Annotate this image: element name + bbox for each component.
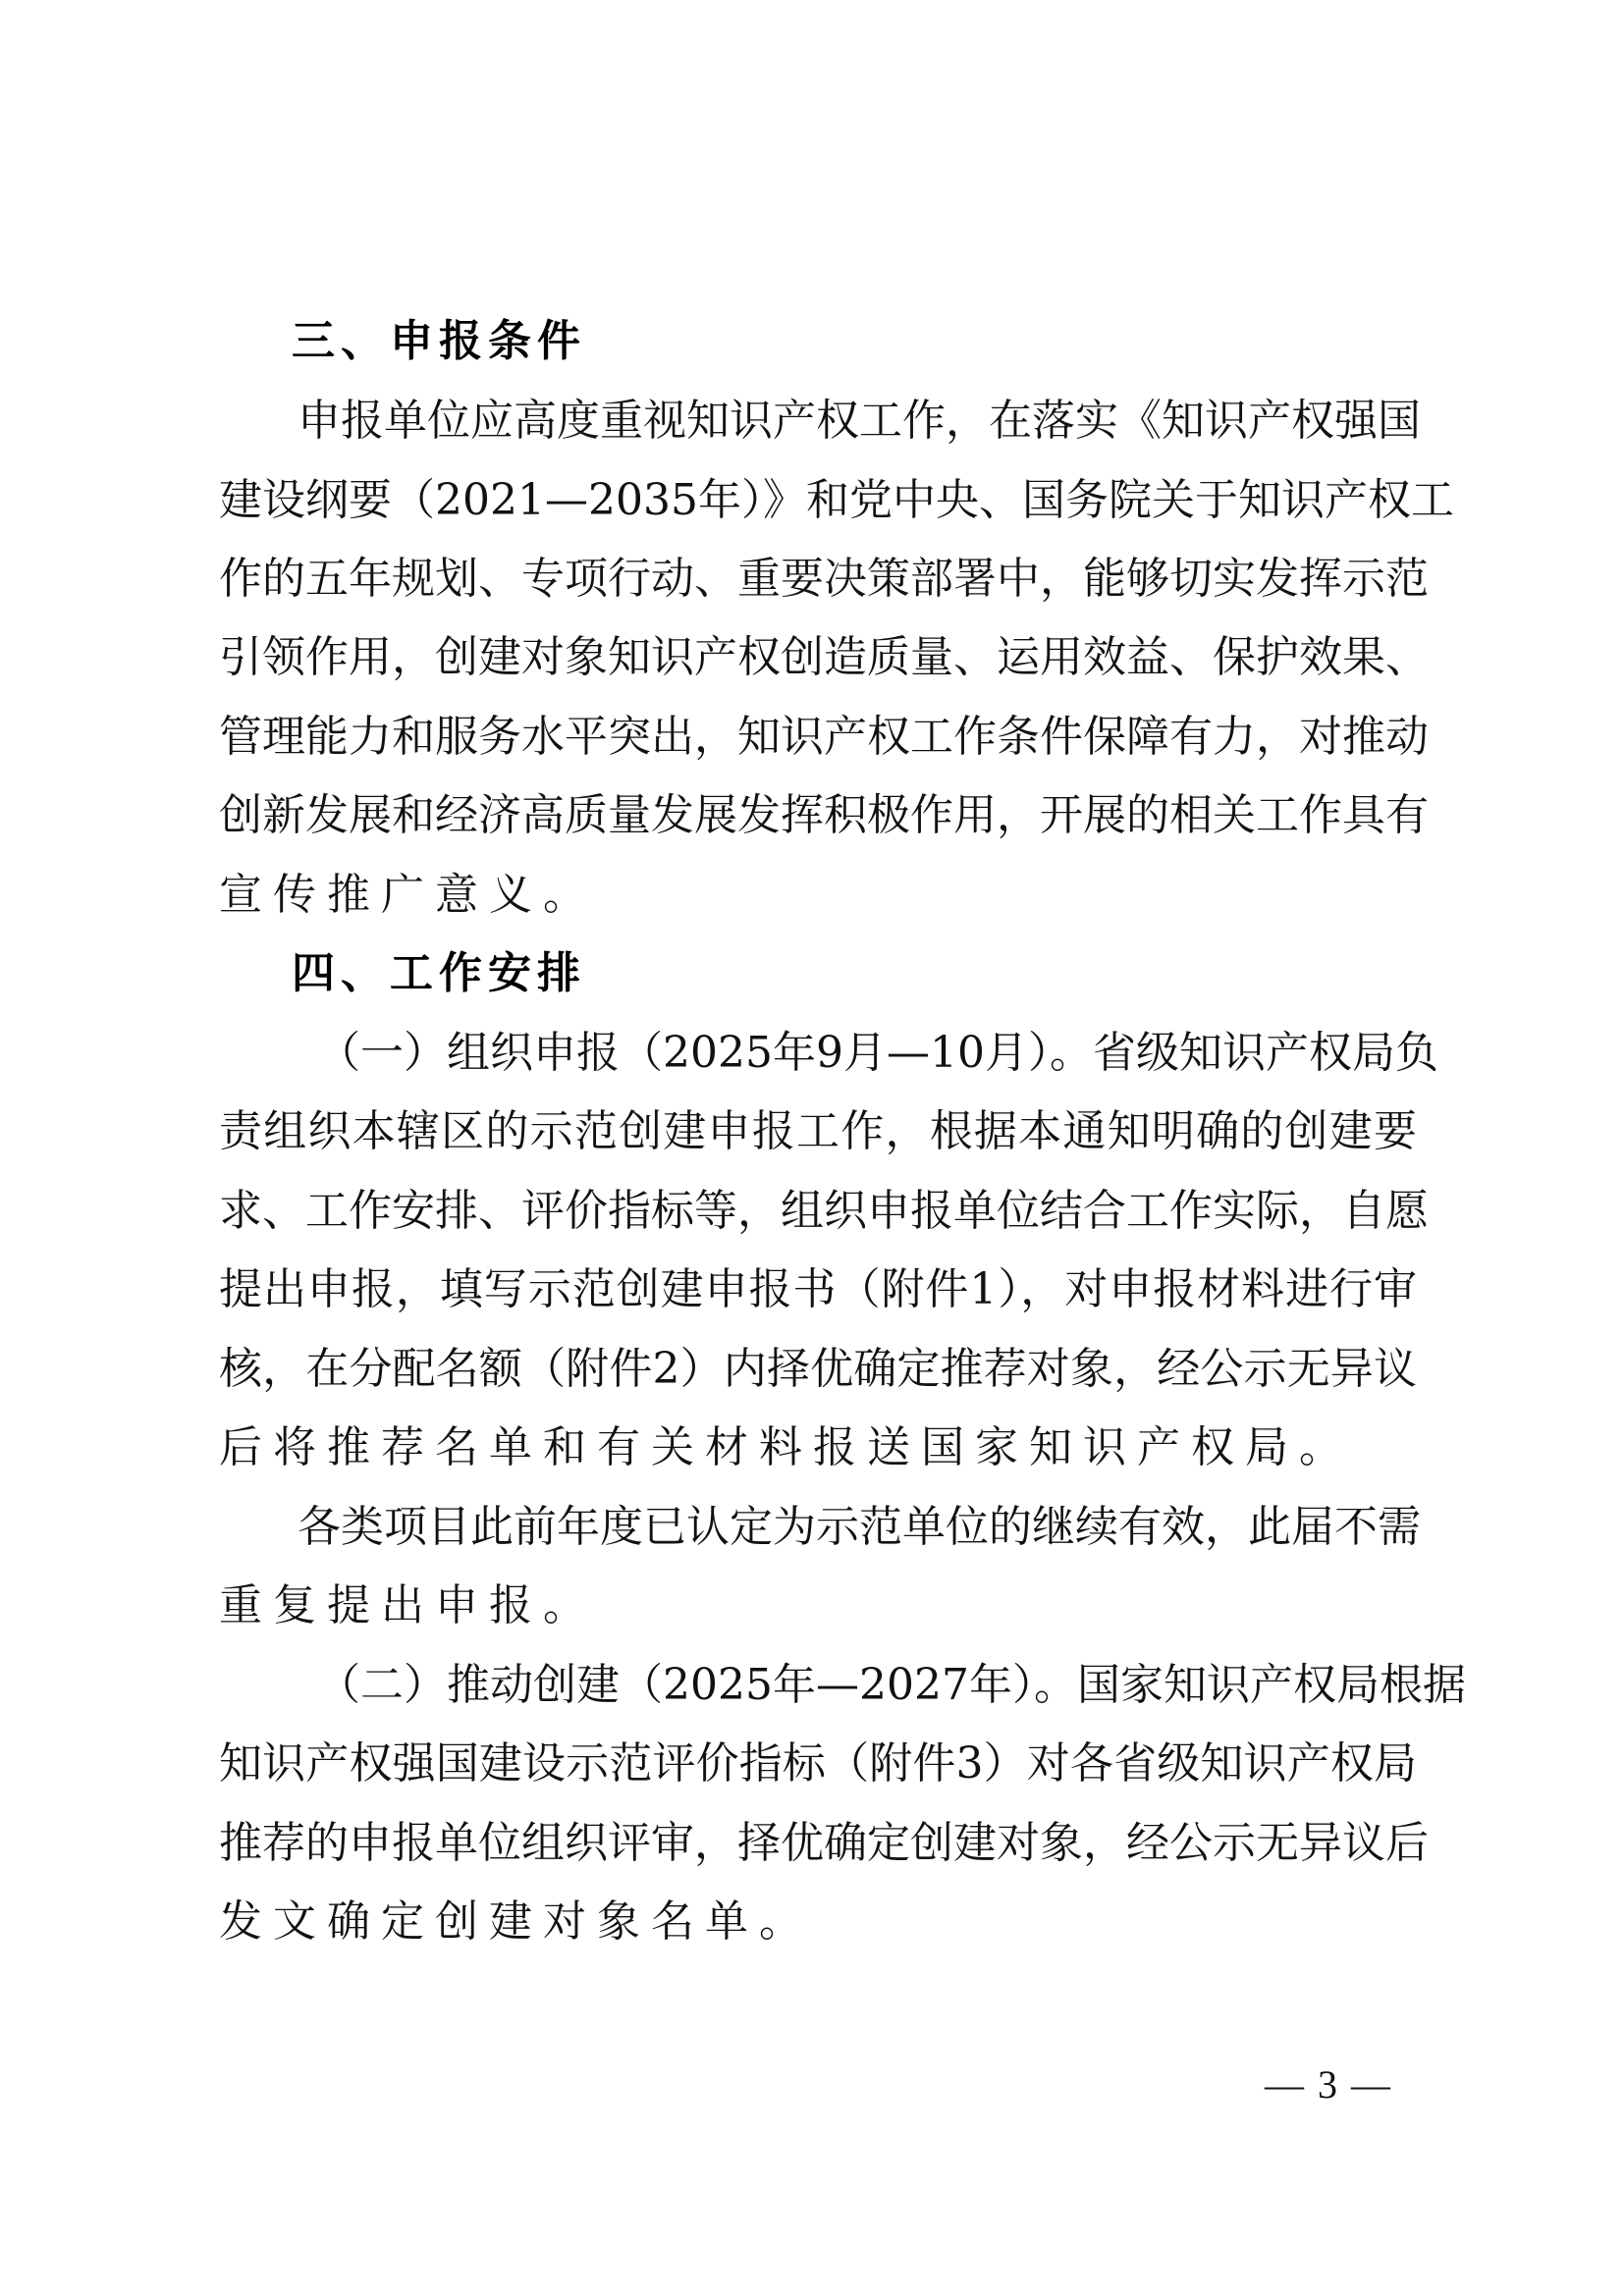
paragraph-line: 引领作用，创建对象知识产权创造质量、运用效益、保护效果、 (219, 618, 1417, 697)
paragraph-line: 管理能力和服务水平突出，知识产权工作条件保障有力，对推动 (219, 698, 1417, 776)
paragraph-line: 责组织本辖区的示范创建申报工作，根据本通知明确的创建要 (219, 1093, 1417, 1171)
paragraph-line: 各类项目此前年度已认定为示范单位的继续有效，此届不需 (298, 1488, 1417, 1567)
page-number: — 3 — (1260, 2061, 1397, 2108)
paragraph-line: 申报单位应高度重视知识产权工作，在落实《知识产权强国 (298, 382, 1417, 460)
paragraph-line: 核，在分配名额（附件2）内择优确定推荐对象，经公示无异议 (219, 1330, 1417, 1409)
paragraph-line: 创新发展和经济高质量发展发挥积极作用，开展的相关工作具有 (219, 776, 1417, 855)
paragraph-line: 作的五年规划、专项行动、重要决策部署中，能够切实发挥示范 (219, 540, 1417, 618)
paragraph-line: 宣传推广意义。 (219, 856, 1417, 934)
section-heading-work-arrangement: 四、工作安排 (292, 934, 586, 1013)
paragraph-line: （一）组织申报（2025年9月—10月）。省级知识产权局负 (317, 1014, 1417, 1093)
paragraph-line: 求、工作安排、评价指标等，组织申报单位结合工作实际，自愿 (219, 1172, 1417, 1251)
paragraph-line: 推荐的申报单位组织评审，择优确定创建对象，经公示无异议后 (219, 1804, 1417, 1883)
document-page: 三、申报条件 申报单位应高度重视知识产权工作，在落实《知识产权强国 建设纲要（2… (0, 0, 1624, 2296)
paragraph-line: 发文确定创建对象名单。 (219, 1883, 1417, 1961)
paragraph-line: 提出申报，填写示范创建申报书（附件1），对申报材料进行审 (219, 1251, 1417, 1329)
paragraph-line: 建设纲要（2021—2035年）》和党中央、国务院关于知识产权工 (219, 461, 1417, 540)
paragraph-line: 重复提出申报。 (219, 1567, 1417, 1645)
paragraph-line: （二）推动创建（2025年—2027年）。国家知识产权局根据 (317, 1646, 1417, 1725)
paragraph-line: 知识产权强国建设示范评价指标（附件3）对各省级知识产权局 (219, 1725, 1417, 1803)
paragraph-line: 后将推荐名单和有关材料报送国家知识产权局。 (219, 1409, 1417, 1487)
section-heading-application-conditions: 三、申报条件 (292, 302, 586, 381)
